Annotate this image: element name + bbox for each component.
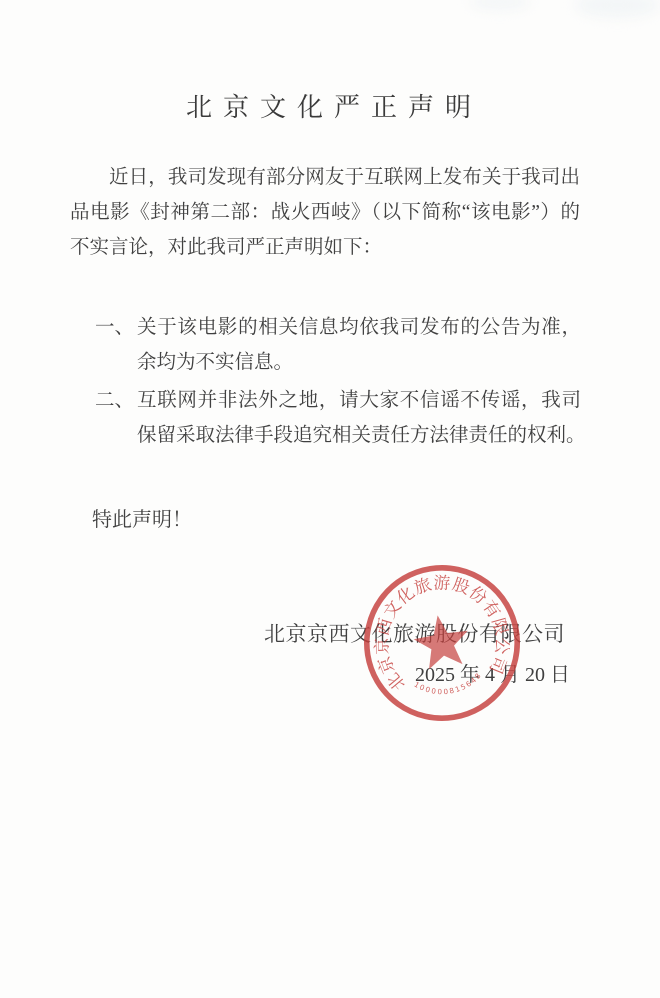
signature-block: 北京京西文化旅游股份有限公司 2025 年 4 月 20 日 [0,618,660,687]
intro-paragraph: 近日，我司发现有部分网友于互联网上发布关于我司出 品电影《封神第二部：战火西岐》… [70,160,580,265]
statement-title: 北京文化严正声明 [0,87,660,124]
paragraph-line: 近日，我司发现有部分网友于互联网上发布关于我司出 [70,160,580,195]
paragraph-line: 品电影《封神第二部：战火西岐》（以下简称“该电影”）的 [70,195,580,230]
list-item-line: 余均为不实信息。 [137,345,581,380]
company-name: 北京京西文化旅游股份有限公司 [0,618,660,648]
statement-points-list: 一、 关于该电影的相关信息均依我司发布的公告为准，其 余均为不实信息。 二、 互… [95,310,581,453]
list-marker: 一、 [95,310,134,345]
list-item-line: 互联网并非法外之地，请大家不信谣不传谣，我司亦 [137,383,581,418]
list-item: 一、 关于该电影的相关信息均依我司发布的公告为准，其 余均为不实信息。 [95,310,581,380]
list-item: 二、 互联网并非法外之地，请大家不信谣不传谣，我司亦 保留采取法律手段追究相关责… [95,383,581,453]
list-marker: 二、 [95,383,134,418]
paragraph-line: 不实言论，对此我司严正声明如下： [70,230,580,265]
scan-artifact [470,0,530,10]
list-item-line: 关于该电影的相关信息均依我司发布的公告为准，其 [137,310,581,345]
statement-document-page: 北京文化严正声明 近日，我司发现有部分网友于互联网上发布关于我司出 品电影《封神… [0,0,660,998]
statement-date: 2025 年 4 月 20 日 [0,658,660,687]
list-item-line: 保留采取法律手段追究相关责任方法律责任的权利。 [137,418,581,453]
scan-artifact [575,0,660,18]
closing-text: 特此声明！ [92,503,192,532]
